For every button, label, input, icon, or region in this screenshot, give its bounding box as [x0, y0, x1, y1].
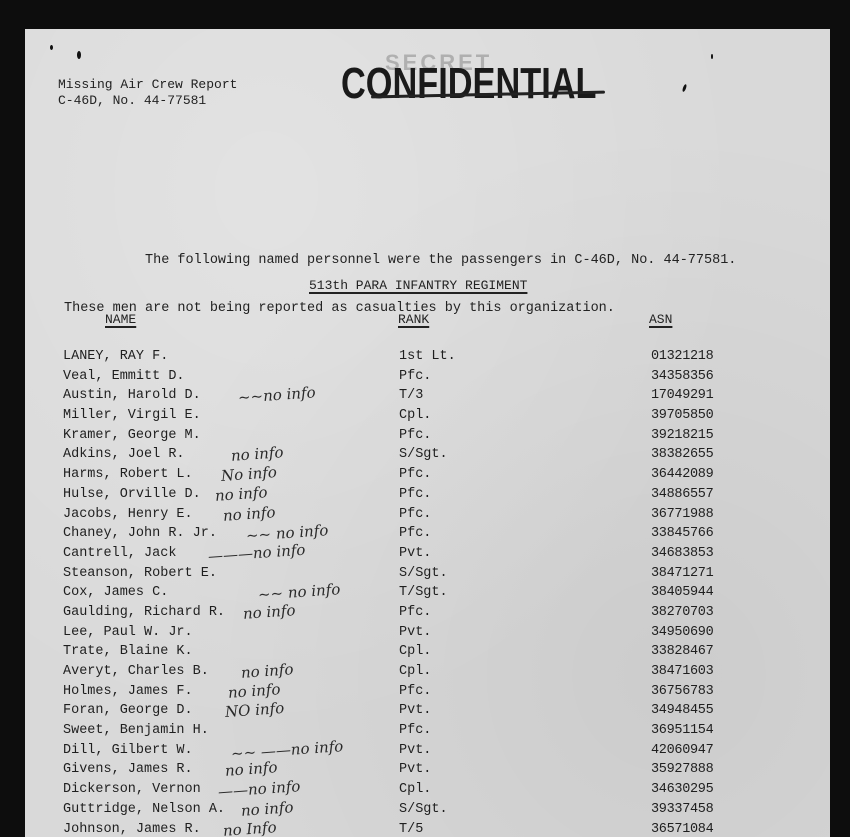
personnel-rank: Pfc. [399, 603, 431, 623]
personnel-asn: 33845766 [651, 524, 713, 544]
personnel-rank: S/Sgt. [399, 800, 448, 820]
personnel-name: Cox, James C. [63, 583, 168, 603]
personnel-name: Kramer, George M. [63, 426, 201, 446]
personnel-rank: Pfc. [399, 721, 431, 741]
personnel-name: Steanson, Robert E. [63, 564, 217, 584]
table-row: Veal, Emmitt D.Pfc.34358356 [63, 367, 823, 387]
personnel-rank: Cpl. [399, 662, 431, 682]
personnel-asn: 36442089 [651, 465, 713, 485]
handwritten-note: no info [242, 601, 296, 624]
personnel-asn: 34683853 [651, 544, 713, 564]
table-row: Chaney, John R. Jr.~~ no infoPfc.3384576… [63, 524, 823, 544]
personnel-roster: LANEY, RAY F.1st Lt.01321218Veal, Emmitt… [63, 347, 823, 837]
personnel-asn: 42060947 [651, 741, 713, 761]
personnel-rank: S/Sgt. [399, 564, 448, 584]
personnel-asn: 01321218 [651, 347, 713, 367]
handwritten-note: No info [220, 463, 277, 487]
personnel-rank: T/Sgt. [399, 583, 448, 603]
personnel-rank: Cpl. [399, 406, 431, 426]
table-row: Dickerson, Vernon——no infoCpl.34630295 [63, 780, 823, 800]
table-row: Dill, Gilbert W.~~ ——no infoPvt.42060947 [63, 741, 823, 761]
personnel-name: Averyt, Charles B. [63, 662, 209, 682]
personnel-asn: 38270703 [651, 603, 713, 623]
personnel-asn: 39705850 [651, 406, 713, 426]
handwritten-note: ~~no info [237, 384, 316, 409]
personnel-rank: Pvt. [399, 760, 431, 780]
table-row: Kramer, George M.Pfc.39218215 [63, 426, 823, 446]
personnel-asn: 34950690 [651, 623, 713, 643]
personnel-name: Dickerson, Vernon [63, 780, 201, 800]
personnel-name: Miller, Virgil E. [63, 406, 201, 426]
table-row: Foran, George D.NO infoPvt.34948455 [63, 701, 823, 721]
personnel-rank: Cpl. [399, 780, 431, 800]
table-row: Jacobs, Henry E.no infoPfc.36771988 [63, 505, 823, 525]
confidential-stamp: CONFIDENTIAL [341, 59, 596, 109]
personnel-asn: 39218215 [651, 426, 713, 446]
personnel-rank: Pfc. [399, 465, 431, 485]
personnel-rank: Pvt. [399, 741, 431, 761]
personnel-rank: Pfc. [399, 367, 431, 387]
table-row: Sweet, Benjamin H.Pfc.36951154 [63, 721, 823, 741]
personnel-asn: 36951154 [651, 721, 713, 741]
table-row: Miller, Virgil E.Cpl.39705850 [63, 406, 823, 426]
personnel-asn: 38471271 [651, 564, 713, 584]
table-row: Hulse, Orville D.no infoPfc.34886557 [63, 485, 823, 505]
table-row: Averyt, Charles B.no infoCpl.38471603 [63, 662, 823, 682]
personnel-name: Harms, Robert L. [63, 465, 193, 485]
personnel-rank: Pvt. [399, 544, 431, 564]
personnel-name: Sweet, Benjamin H. [63, 721, 209, 741]
personnel-asn: 38382655 [651, 445, 713, 465]
personnel-name: Givens, James R. [63, 760, 193, 780]
personnel-name: Guttridge, Nelson A. [63, 800, 225, 820]
personnel-name: Trate, Blaine K. [63, 642, 193, 662]
intro-line-1: The following named personnel were the p… [64, 253, 736, 269]
personnel-rank: Pfc. [399, 505, 431, 525]
personnel-rank: Cpl. [399, 642, 431, 662]
personnel-rank: 1st Lt. [399, 347, 456, 367]
personnel-name: Foran, George D. [63, 701, 193, 721]
handwritten-note: no info [222, 503, 276, 526]
personnel-asn: 38471603 [651, 662, 713, 682]
personnel-asn: 39337458 [651, 800, 713, 820]
table-row: LANEY, RAY F.1st Lt.01321218 [63, 347, 823, 367]
personnel-asn: 35927888 [651, 760, 713, 780]
personnel-asn: 34886557 [651, 485, 713, 505]
personnel-asn: 36571084 [651, 820, 713, 837]
aircraft-id: C-46D, No. 44-77581 [58, 93, 237, 109]
table-row: Trate, Blaine K.Cpl.33828467 [63, 642, 823, 662]
table-row: Cantrell, Jack———no infoPvt.34683853 [63, 544, 823, 564]
personnel-name: Dill, Gilbert W. [63, 741, 193, 761]
personnel-name: Cantrell, Jack [63, 544, 176, 564]
table-row: Steanson, Robert E.S/Sgt.38471271 [63, 564, 823, 584]
personnel-rank: Pvt. [399, 701, 431, 721]
personnel-asn: 34630295 [651, 780, 713, 800]
table-row: Gaulding, Richard R.no infoPfc.38270703 [63, 603, 823, 623]
handwritten-note: NO info [224, 699, 284, 723]
personnel-rank: Pfc. [399, 485, 431, 505]
personnel-name: Gaulding, Richard R. [63, 603, 225, 623]
personnel-asn: 17049291 [651, 386, 713, 406]
table-row: Holmes, James F.no infoPfc.36756783 [63, 682, 823, 702]
classification-stamp: SECRET CONFIDENTIAL [341, 47, 611, 107]
column-header-asn: ASN [649, 312, 672, 327]
column-header-rank: RANK [398, 312, 429, 327]
handwritten-note: no Info [222, 818, 277, 837]
personnel-name: Chaney, John R. Jr. [63, 524, 217, 544]
personnel-rank: Pvt. [399, 623, 431, 643]
personnel-rank: T/5 [399, 820, 423, 837]
personnel-name: Hulse, Orville D. [63, 485, 201, 505]
personnel-rank: Pfc. [399, 524, 431, 544]
table-row: Johnson, James R.no InfoT/536571084 [63, 820, 823, 837]
personnel-name: Lee, Paul W. Jr. [63, 623, 193, 643]
handwritten-note: no info [214, 483, 268, 506]
personnel-name: Adkins, Joel R. [63, 445, 185, 465]
personnel-rank: S/Sgt. [399, 445, 448, 465]
personnel-asn: 34948455 [651, 701, 713, 721]
table-row: Guttridge, Nelson A.no infoS/Sgt.3933745… [63, 800, 823, 820]
unit-title: 513th PARA INFANTRY REGIMENT [309, 278, 527, 293]
report-title: Missing Air Crew Report [58, 77, 237, 93]
personnel-name: Veal, Emmitt D. [63, 367, 185, 387]
personnel-asn: 38405944 [651, 583, 713, 603]
table-row: Givens, James R.no infoPvt.35927888 [63, 760, 823, 780]
document-page: Missing Air Crew Report C-46D, No. 44-77… [25, 29, 830, 837]
personnel-name: Austin, Harold D. [63, 386, 201, 406]
personnel-rank: Pfc. [399, 682, 431, 702]
personnel-name: Johnson, James R. [63, 820, 201, 837]
column-header-name: NAME [105, 312, 136, 327]
personnel-asn: 36756783 [651, 682, 713, 702]
personnel-name: LANEY, RAY F. [63, 347, 168, 367]
personnel-rank: T/3 [399, 386, 423, 406]
personnel-rank: Pfc. [399, 426, 431, 446]
table-row: Harms, Robert L.No infoPfc.36442089 [63, 465, 823, 485]
personnel-asn: 33828467 [651, 642, 713, 662]
personnel-asn: 36771988 [651, 505, 713, 525]
report-header: Missing Air Crew Report C-46D, No. 44-77… [58, 77, 237, 109]
table-row: Lee, Paul W. Jr.Pvt.34950690 [63, 623, 823, 643]
personnel-name: Jacobs, Henry E. [63, 505, 193, 525]
table-row: Adkins, Joel R.no infoS/Sgt.38382655 [63, 445, 823, 465]
table-row: Cox, James C.~~ no infoT/Sgt.38405944 [63, 583, 823, 603]
table-row: Austin, Harold D.~~no infoT/317049291 [63, 386, 823, 406]
personnel-name: Holmes, James F. [63, 682, 193, 702]
personnel-asn: 34358356 [651, 367, 713, 387]
